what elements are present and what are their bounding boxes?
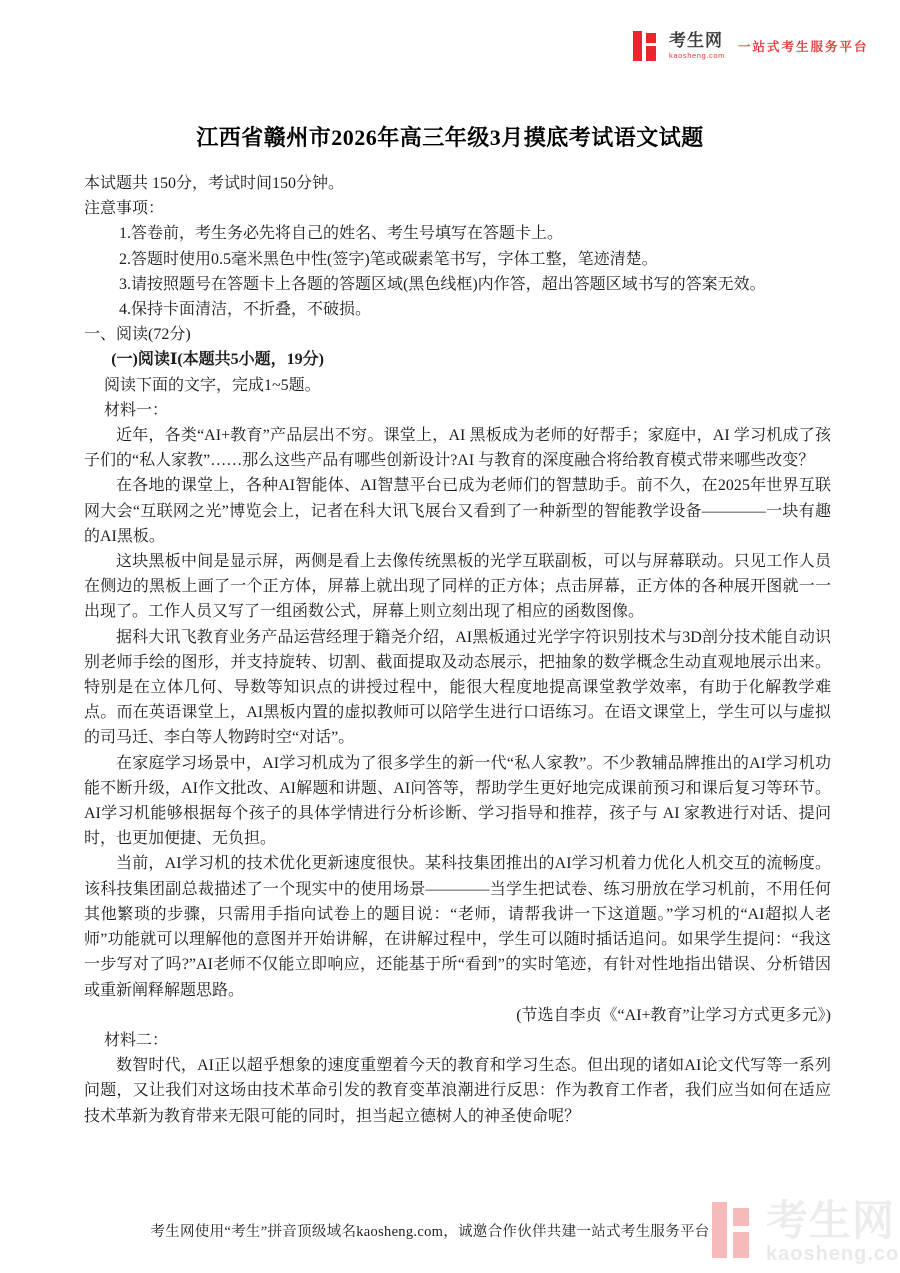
- document-body: 本试题共 150分，考试时间150分钟。 注意事项： 1.答卷前，考生务必先将自…: [84, 171, 831, 1129]
- brand-name: 考生网: [669, 32, 725, 49]
- note-item: 3.请按照题号在答题卡上各题的答题区域(黑色线框)内作答，超出答题区域书写的答案…: [84, 272, 831, 297]
- notes-label: 注意事项：: [84, 196, 831, 221]
- watermark-domain: kaosheng.com: [766, 1244, 900, 1264]
- note-item: 4.保持卡面清洁，不折叠，不破损。: [84, 297, 831, 322]
- footer-slogan: 考生网使用“考生”拼音顶级域名kaosheng.com，诚邀合作伙伴共建一站式考…: [0, 1220, 860, 1241]
- material1-label: 材料一：: [84, 398, 831, 423]
- exam-info-line: 本试题共 150分，考试时间150分钟。: [84, 171, 831, 196]
- paragraph: 在家庭学习场景中，AI学习机成为了很多学生的新一代“私人家教”。不少教辅品牌推出…: [84, 751, 831, 852]
- paragraph: 数智时代，AI正以超乎想象的速度重塑着今天的教育和学习生态。但出现的诸如AI论文…: [84, 1053, 831, 1129]
- reading-instruction: 阅读下面的文字，完成1~5题。: [84, 373, 831, 398]
- kaosheng-logo-icon: [633, 31, 660, 61]
- material2-label: 材料二：: [84, 1028, 831, 1053]
- note-item: 1.答卷前，考生务必先将自己的姓名、考生号填写在答题卡上。: [84, 221, 831, 246]
- brand-domain: kaosheng.com: [669, 52, 725, 60]
- note-item: 2.答题时使用0.5毫米黑色中性(签字)笔或碳素笔书写，字体工整，笔迹清楚。: [84, 247, 831, 272]
- paragraph: 这块黑板中间是显示屏，两侧是看上去像传统黑板的光学互联副板，可以与屏幕联动。只见…: [84, 549, 831, 625]
- paragraph: 据科大讯飞教育业务产品运营经理于籍尧介绍，AI黑板通过光学字符识别技术与3D剖分…: [84, 625, 831, 751]
- page-title: 江西省赣州市2026年高三年级3月摸底考试语文试题: [0, 121, 900, 152]
- paragraph: 当前，AI学习机的技术优化更新速度很快。某科技集团推出的AI学习机着力优化人机交…: [84, 851, 831, 1002]
- header-brand: 考生网 kaosheng.com 一站式考生服务平台: [633, 31, 869, 61]
- exam-document-page: 考生网 kaosheng.com 一站式考生服务平台 江西省赣州市2026年高三…: [0, 0, 900, 1273]
- brand-text-block: 考生网 kaosheng.com: [669, 32, 725, 60]
- source-attribution: (节选自李贞《“AI+教育”让学习方式更多元》): [84, 1003, 831, 1028]
- subsection-heading: (一)阅读Ⅰ(本题共5小题，19分): [84, 347, 831, 372]
- brand-tagline: 一站式考生服务平台: [738, 37, 869, 55]
- section-heading: 一、阅读(72分): [84, 322, 831, 347]
- paragraph: 在各地的课堂上，各种AI智能体、AI智慧平台已成为老师们的智慧助手。前不久，在2…: [84, 473, 831, 549]
- paragraph: 近年，各类“AI+教育”产品层出不穷。课堂上，AI 黑板成为老师的好帮手；家庭中…: [84, 423, 831, 473]
